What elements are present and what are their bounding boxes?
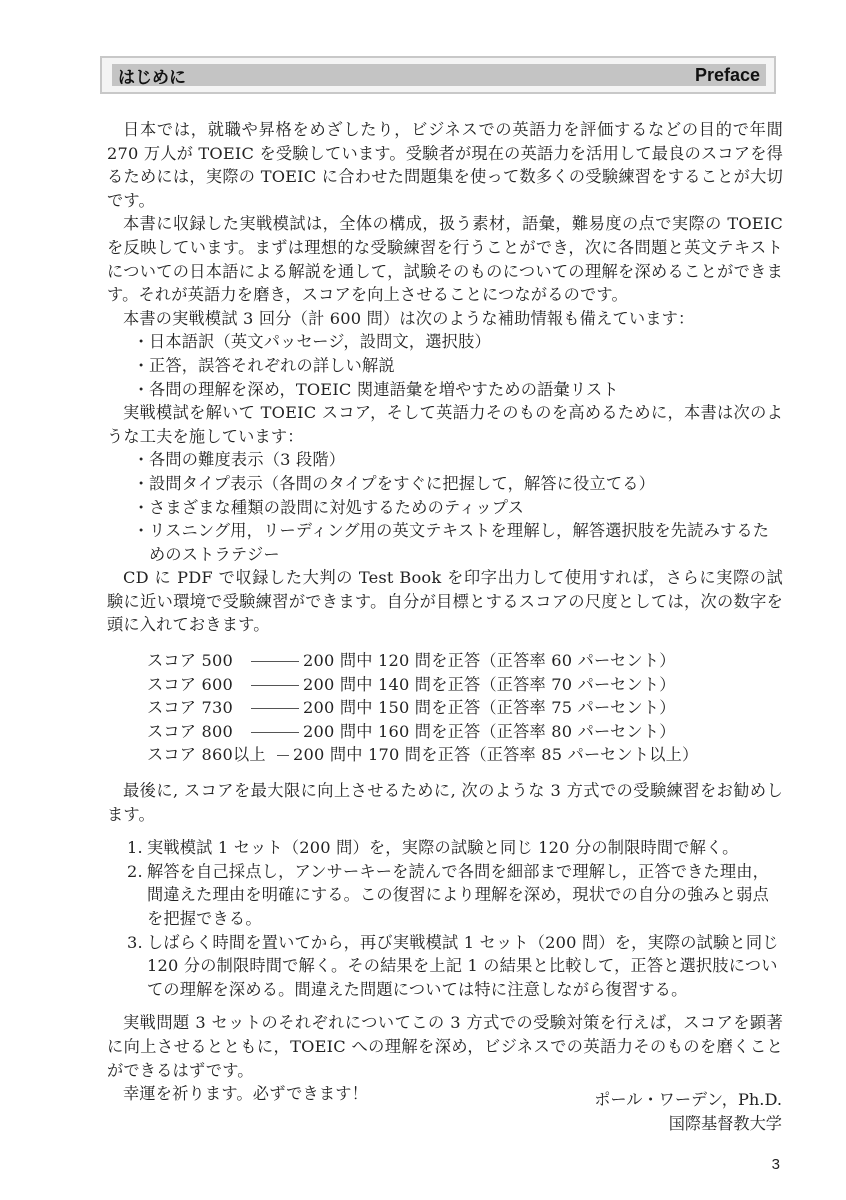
section-title-ja: はじめに	[118, 63, 186, 88]
page-number: 3	[772, 1156, 780, 1173]
dash-line	[251, 661, 299, 662]
list-item: ・さまざまな種類の設問に対処するためのティップス	[107, 496, 783, 520]
list-item: ・設問タイプ表示（各問のタイプをすぐに把握して，解答に役立てる）	[107, 472, 783, 496]
bullet-icon: ・	[133, 519, 149, 543]
score-targets-table: スコア 500200 問中 120 問を正答（正答率 60 パーセント） スコア…	[147, 649, 783, 767]
score-row: スコア 800200 問中 160 問を正答（正答率 80 パーセント）	[147, 720, 783, 744]
paragraph-conclusion: 実戦問題 3 セットのそれぞれについてこの 3 方式での受験対策を行えば，スコア…	[107, 1011, 783, 1082]
list-item: ・正答，誤答それぞれの詳しい解説	[107, 354, 783, 378]
paragraph-book-contents: 本書に収録した実戦模試は，全体の構成，扱う素材，語彙，難易度の点で実際の TOE…	[107, 212, 783, 306]
list-item: 3.しばらく時間を置いてから，再び実戦模試 1 セット（200 問）を，実際の試…	[107, 931, 783, 1002]
section-title-en: Preface	[695, 65, 760, 86]
bullet-icon: ・	[133, 330, 149, 354]
dash-line	[251, 708, 299, 709]
score-row: スコア 500200 問中 120 問を正答（正答率 60 パーセント）	[147, 649, 783, 673]
bullet-icon: ・	[133, 378, 149, 402]
score-row: スコア 730200 問中 150 問を正答（正答率 75 パーセント）	[147, 696, 783, 720]
paragraph-intro: 日本では，就職や昇格をめざしたり，ビジネスでの英語力を評価するなどの目的で年間 …	[107, 118, 783, 212]
bullet-icon: ・	[133, 472, 149, 496]
bullet-icon: ・	[133, 496, 149, 520]
preface-body: 日本では，就職や昇格をめざしたり，ビジネスでの英語力を評価するなどの目的で年間 …	[107, 118, 783, 1106]
practice-steps-list: 1.実戦模試 1 セット（200 問）を，実際の試験と同じ 120 分の制限時間…	[107, 836, 783, 1001]
signature: ポール・ワーデン，Ph.D. 国際基督教大学	[594, 1088, 782, 1136]
paragraph-recommendation: 最後に, スコアを最大限に向上させるために, 次のような 3 方式での受験練習を…	[107, 779, 783, 826]
dash-line	[277, 755, 289, 756]
score-row: スコア 600200 問中 140 問を正答（正答率 70 パーセント）	[147, 673, 783, 697]
features-list: ・各問の難度表示（3 段階） ・設問タイプ表示（各問のタイプをすぐに把握して，解…	[107, 448, 783, 566]
author-name: ポール・ワーデン，Ph.D.	[594, 1088, 782, 1112]
section-header: はじめに Preface	[100, 56, 776, 94]
list-item: ・リスニング用，リーディング用の英文テキストを理解し，解答選択肢を先読みするため…	[107, 519, 783, 566]
list-item: 2.解答を自己採点し，アンサーキーを読んで各問を細部まで理解し，正答できた理由，…	[107, 860, 783, 931]
supplementary-info-list: ・日本語訳（英文パッセージ，設問文，選択肢） ・正答，誤答それぞれの詳しい解説 …	[107, 330, 783, 401]
score-row: スコア 860以上200 問中 170 問を正答（正答率 85 パーセント以上）	[147, 743, 783, 767]
dash-line	[251, 732, 299, 733]
dash-line	[251, 685, 299, 686]
paragraph-supplementary-info: 本書の実戦模試 3 回分（計 600 問）は次のような補助情報も備えています：	[107, 307, 783, 331]
list-item: ・各問の理解を深め，TOEIC 関連語彙を増やすための語彙リスト	[107, 378, 783, 402]
bullet-icon: ・	[133, 448, 149, 472]
section-header-bar: はじめに Preface	[112, 64, 766, 86]
author-affiliation: 国際基督教大学	[594, 1112, 782, 1136]
paragraph-test-book: CD に PDF で収録した大判の Test Book を印字出力して使用すれば…	[107, 566, 783, 637]
list-item: ・日本語訳（英文パッセージ，設問文，選択肢）	[107, 330, 783, 354]
bullet-icon: ・	[133, 354, 149, 378]
paragraph-features: 実戦模試を解いて TOEIC スコア，そして英語力そのものを高めるために，本書は…	[107, 401, 783, 448]
list-item: ・各問の難度表示（3 段階）	[107, 448, 783, 472]
list-item: 1.実戦模試 1 セット（200 問）を，実際の試験と同じ 120 分の制限時間…	[107, 836, 783, 860]
